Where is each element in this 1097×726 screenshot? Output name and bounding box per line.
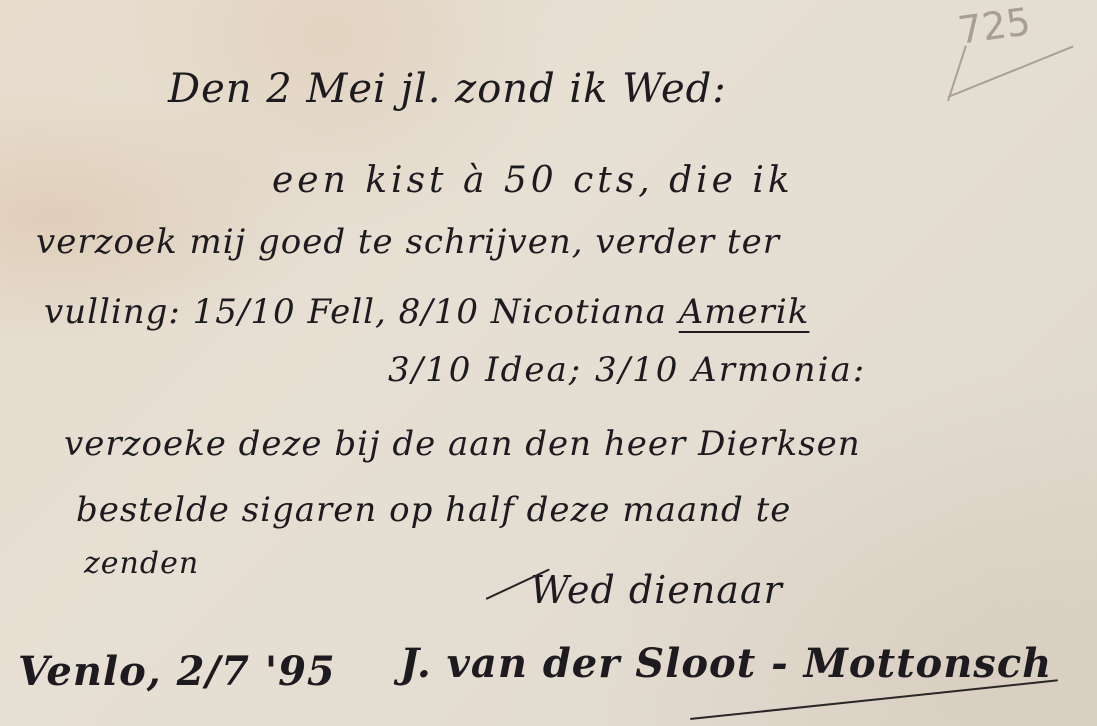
handwritten-letter: 725 Den 2 Mei jl. zond ik Wed: een kist … [0,0,1097,726]
letter-line-6: verzoeke deze bij de aan den heer Dierks… [64,424,861,464]
letter-line-3: verzoek mij goed te schrijven, verder te… [36,222,780,262]
letter-line-7: bestelde sigaren op half deze maand te [76,490,791,530]
letter-line-4: vulling: 15/10 Fell, 8/10 Nicotiana Amer… [44,292,809,332]
letter-line-2: een kist à 50 cts, die ik [272,160,794,201]
pencil-slash-stroke [948,46,1074,98]
place-date: Venlo, 2/7 '95 [18,648,336,695]
letter-line-8: zenden [84,546,199,581]
letter-line-5: 3/10 Idea; 3/10 Armonia: [388,350,866,390]
pencil-archive-number: 725 [955,0,1033,53]
closing-greeting: Wed dienaar [530,568,783,612]
signature: J. van der Sloot - Mottonsch [400,640,1052,687]
letter-line-1: Den 2 Mei jl. zond ik Wed: [168,66,727,112]
underlined-word: Amerik [679,292,810,332]
letter-line-4-text: vulling: 15/10 Fell, 8/10 Nicotiana [44,292,667,332]
